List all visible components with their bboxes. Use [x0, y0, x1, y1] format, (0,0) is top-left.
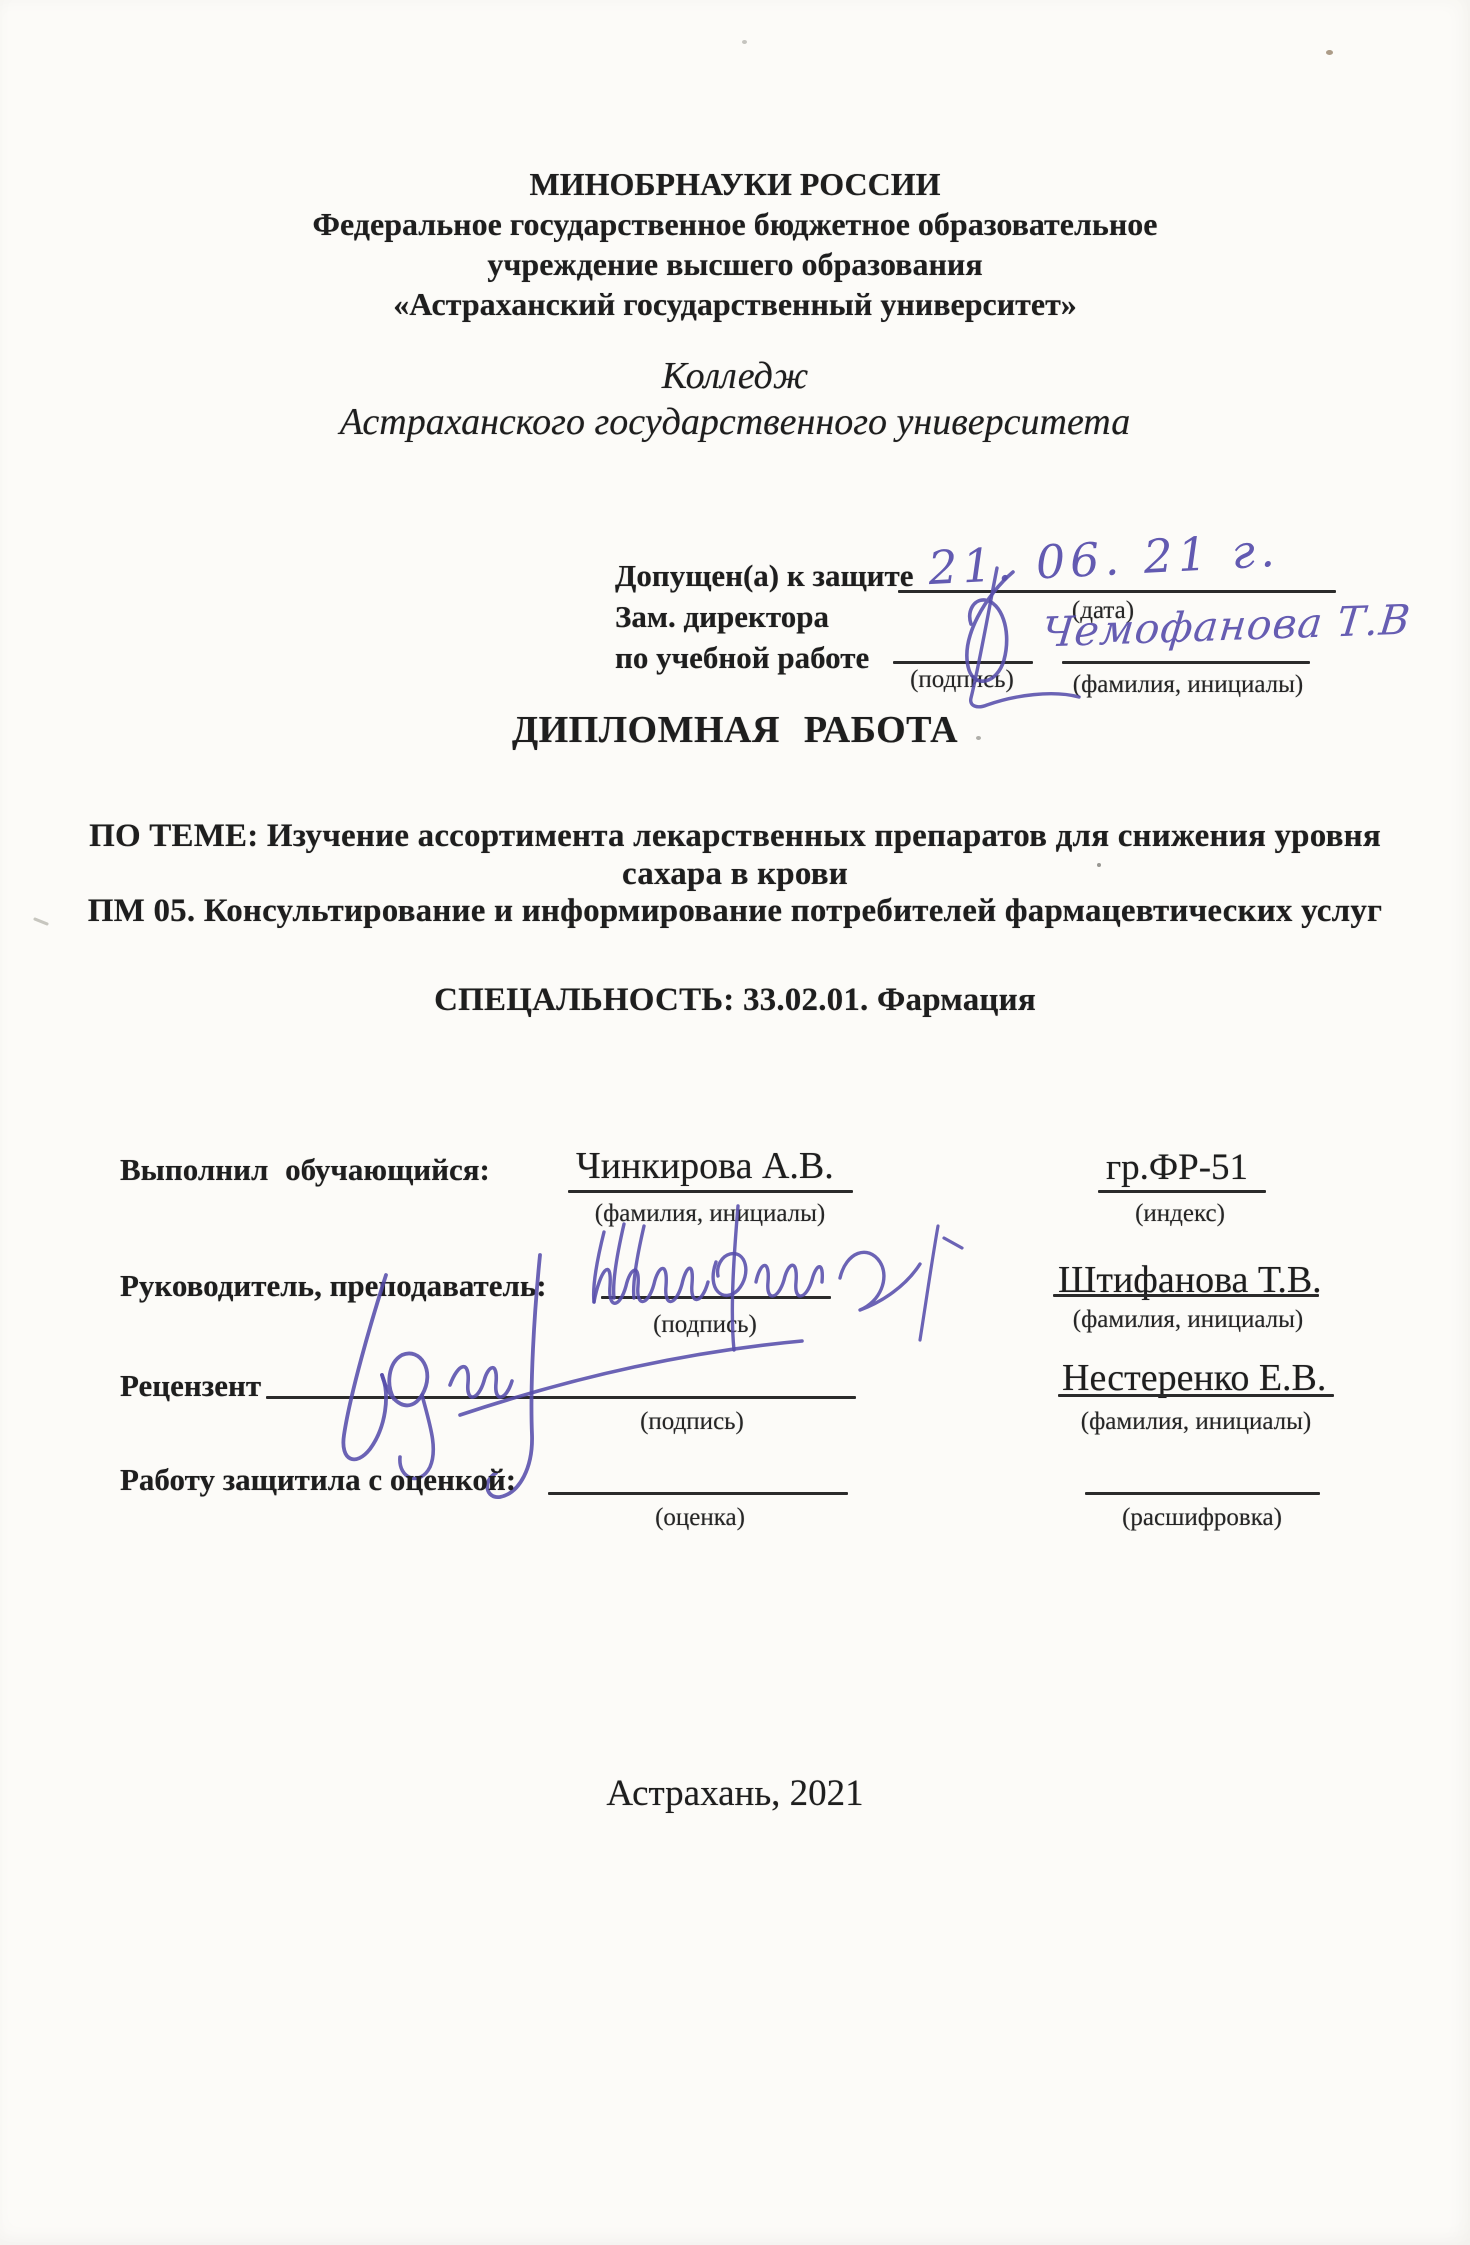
reviewer-name-line	[1058, 1394, 1334, 1397]
ministry-line: учреждение высшего образования	[0, 246, 1470, 283]
reviewer-label: Рецензент	[120, 1368, 261, 1404]
reviewer-name-caption: (фамилия, инициалы)	[1081, 1408, 1311, 1436]
student-name: Чинкирова А.В.	[576, 1144, 834, 1188]
grade-value-caption: (оценка)	[655, 1504, 745, 1532]
scan-speck	[1326, 50, 1333, 55]
grade-label: Работу защитила с оценкой:	[120, 1462, 516, 1498]
college-line: Колледж	[0, 354, 1470, 398]
student-group: гр.ФР-51	[1106, 1146, 1248, 1189]
deputy-name-line	[1062, 661, 1310, 664]
ministry-line: Федеральное государственное бюджетное об…	[0, 206, 1470, 243]
grade-transcript-caption: (расшифровка)	[1122, 1504, 1282, 1532]
topic-line: ПО ТЕМЕ: Изучение ассортимента лекарстве…	[0, 818, 1470, 855]
college-line: Астраханского государственного университ…	[0, 400, 1470, 444]
admitted-label: Допущен(а) к защите	[615, 558, 913, 594]
student-label: Выполнил обучающийся:	[120, 1152, 490, 1188]
student-name-line	[568, 1190, 853, 1193]
topic-line: ПМ 05. Консультирование и информирование…	[0, 893, 1470, 930]
topic-line: сахара в крови	[0, 856, 1470, 893]
supervisor-name-line	[1053, 1294, 1319, 1297]
work-title: ДИПЛОМНАЯ РАБОТА	[0, 708, 1470, 752]
supervisor-name-caption: (фамилия, инициалы)	[1073, 1306, 1303, 1334]
grade-transcript-line	[1085, 1492, 1320, 1495]
grade-value-line	[548, 1492, 848, 1495]
deputy-name-caption: (фамилия, инициалы)	[1073, 671, 1303, 699]
student-group-line	[1098, 1190, 1266, 1193]
specialty-line: СПЕЦАЛЬНОСТЬ: 33.02.01. Фармация	[0, 982, 1470, 1019]
footer-city-year: Астрахань, 2021	[0, 1772, 1470, 1815]
scan-speck	[742, 40, 747, 44]
university-name: «Астраханский государственный университе…	[0, 286, 1470, 323]
deputy-director-label2: по учебной работе	[615, 640, 869, 676]
student-group-caption: (индекс)	[1135, 1200, 1225, 1228]
deputy-director-label: Зам. директора	[615, 599, 829, 635]
ministry-line: МИНОБРНАУКИ РОССИИ	[0, 166, 1470, 203]
scanned-title-page: МИНОБРНАУКИ РОССИИ Федеральное государст…	[0, 0, 1470, 2245]
